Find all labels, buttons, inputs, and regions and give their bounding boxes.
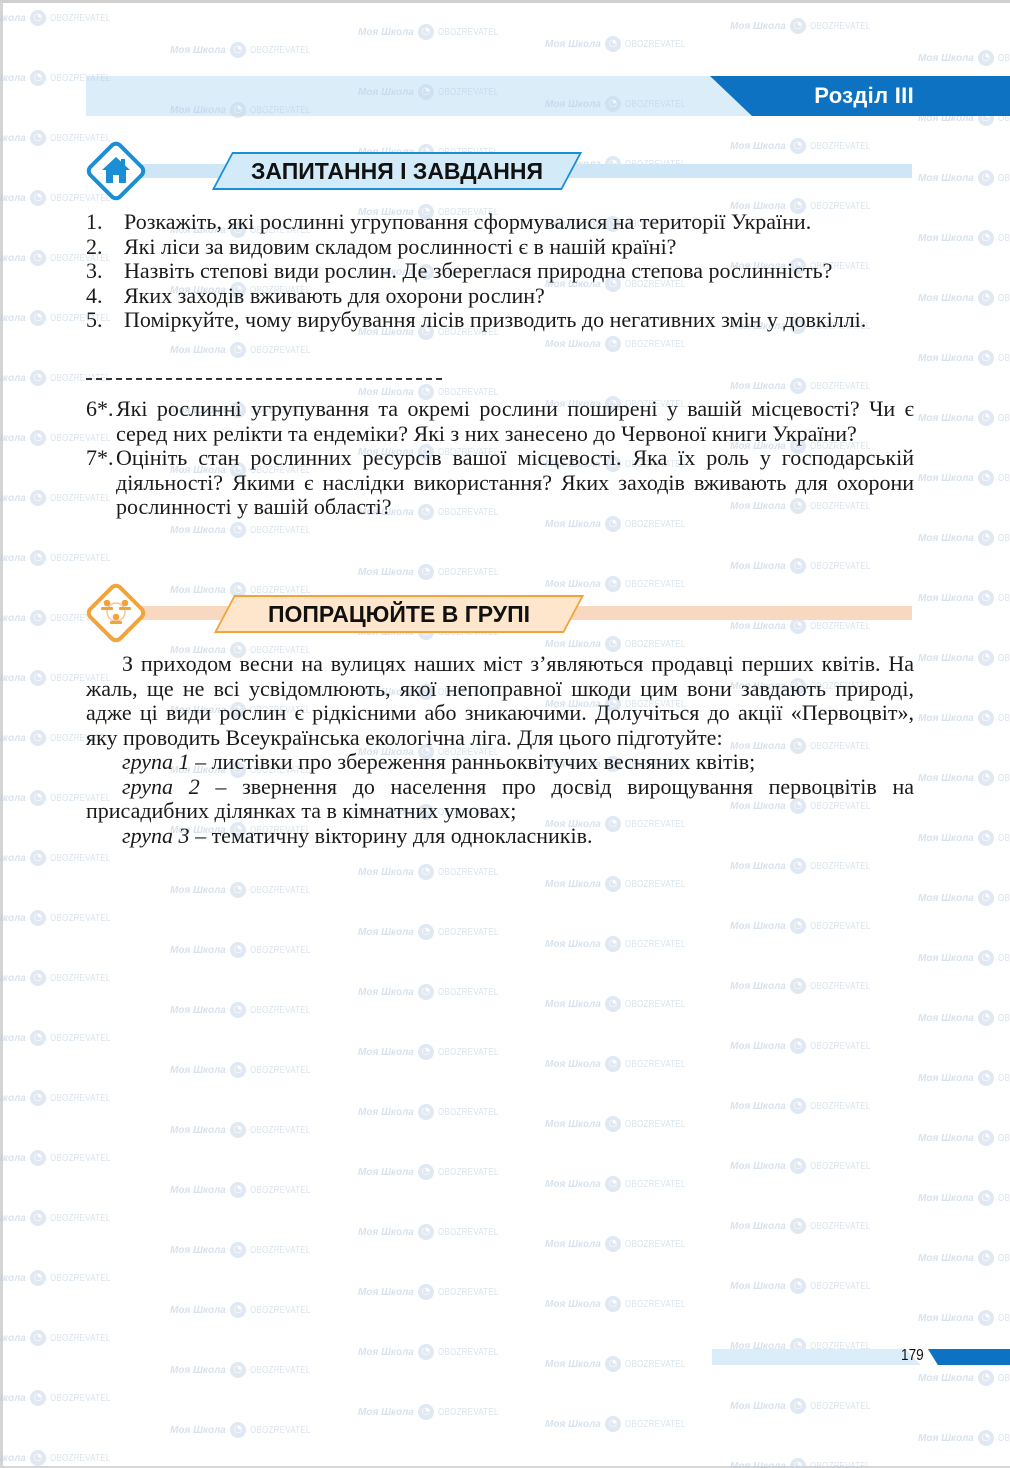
- questions-divider: [86, 378, 442, 380]
- question-number: 5.: [86, 308, 124, 333]
- group-work-title: ПОПРАЦЮЙТЕ В ГРУПІ: [224, 595, 574, 633]
- question-text: Які рослинні угрупування та окремі росли…: [116, 397, 914, 446]
- group-intro: З приходом весни на вулицях наших міст з…: [86, 652, 914, 750]
- question-number: 7*.: [86, 446, 116, 520]
- group-task: листівки про збереження ранньоквітучих в…: [212, 749, 756, 774]
- group-assignment: група 1 – листівки про збереження ранньо…: [86, 750, 914, 775]
- group-label: група 2: [122, 774, 200, 799]
- question-number: 3.: [86, 259, 124, 284]
- question-text: Поміркуйте, чому вирубування лісів призв…: [124, 308, 914, 333]
- question-number: 6*.: [86, 397, 116, 446]
- question-number: 1.: [86, 210, 124, 235]
- question-text: Оцініть стан рослинних ресурсів вашої мі…: [116, 446, 914, 520]
- group-people-icon: [93, 589, 139, 635]
- group-task: тематичну вікторину для однокласників.: [212, 823, 593, 848]
- question-item: 6*.Які рослинні угрупування та окремі ро…: [86, 397, 914, 446]
- question-text: Які ліси за видовим складом рослинності …: [124, 235, 914, 260]
- question-item: 5.Поміркуйте, чому вирубування лісів при…: [86, 308, 914, 333]
- question-number: 2.: [86, 235, 124, 260]
- footer-accent: [928, 1349, 1010, 1365]
- section-tab: Розділ III: [710, 76, 1010, 116]
- group-label: група 3: [122, 823, 190, 848]
- question-item: 7*.Оцініть стан рослинних ресурсів вашої…: [86, 446, 914, 520]
- question-item: 1.Розкажіть, які рослинні угруповання сф…: [86, 210, 914, 235]
- home-icon: [93, 147, 139, 193]
- advanced-questions-list: 6*.Які рослинні угрупування та окремі ро…: [86, 397, 914, 520]
- question-text: Яких заходів вживають для охорони рослин…: [124, 284, 914, 309]
- question-item: 4.Яких заходів вживають для охорони росл…: [86, 284, 914, 309]
- group-assignment: група 2 – звернення до населення про дос…: [86, 775, 914, 824]
- group-label: група 1: [122, 749, 190, 774]
- section-label: Розділ III: [814, 83, 914, 109]
- question-item: 2.Які ліси за видовим складом рослинност…: [86, 235, 914, 260]
- question-item: 3.Назвіть степові види рослин. Де зберег…: [86, 259, 914, 284]
- question-number: 4.: [86, 284, 124, 309]
- question-text: Назвіть степові види рослин. Де зберегла…: [124, 259, 914, 284]
- question-text: Розкажіть, які рослинні угруповання сфор…: [124, 210, 914, 235]
- group-work-text: З приходом весни на вулицях наших міст з…: [86, 652, 914, 848]
- page-number: 179: [901, 1347, 924, 1365]
- questions-list: 1.Розкажіть, які рослинні угруповання сф…: [86, 210, 914, 333]
- group-dash: –: [190, 823, 212, 848]
- group-assignment: група 3 – тематичну вікторину для однокл…: [86, 824, 914, 849]
- questions-title: ЗАПИТАННЯ І ЗАВДАННЯ: [222, 152, 572, 190]
- group-dash: –: [200, 774, 242, 799]
- group-dash: –: [190, 749, 212, 774]
